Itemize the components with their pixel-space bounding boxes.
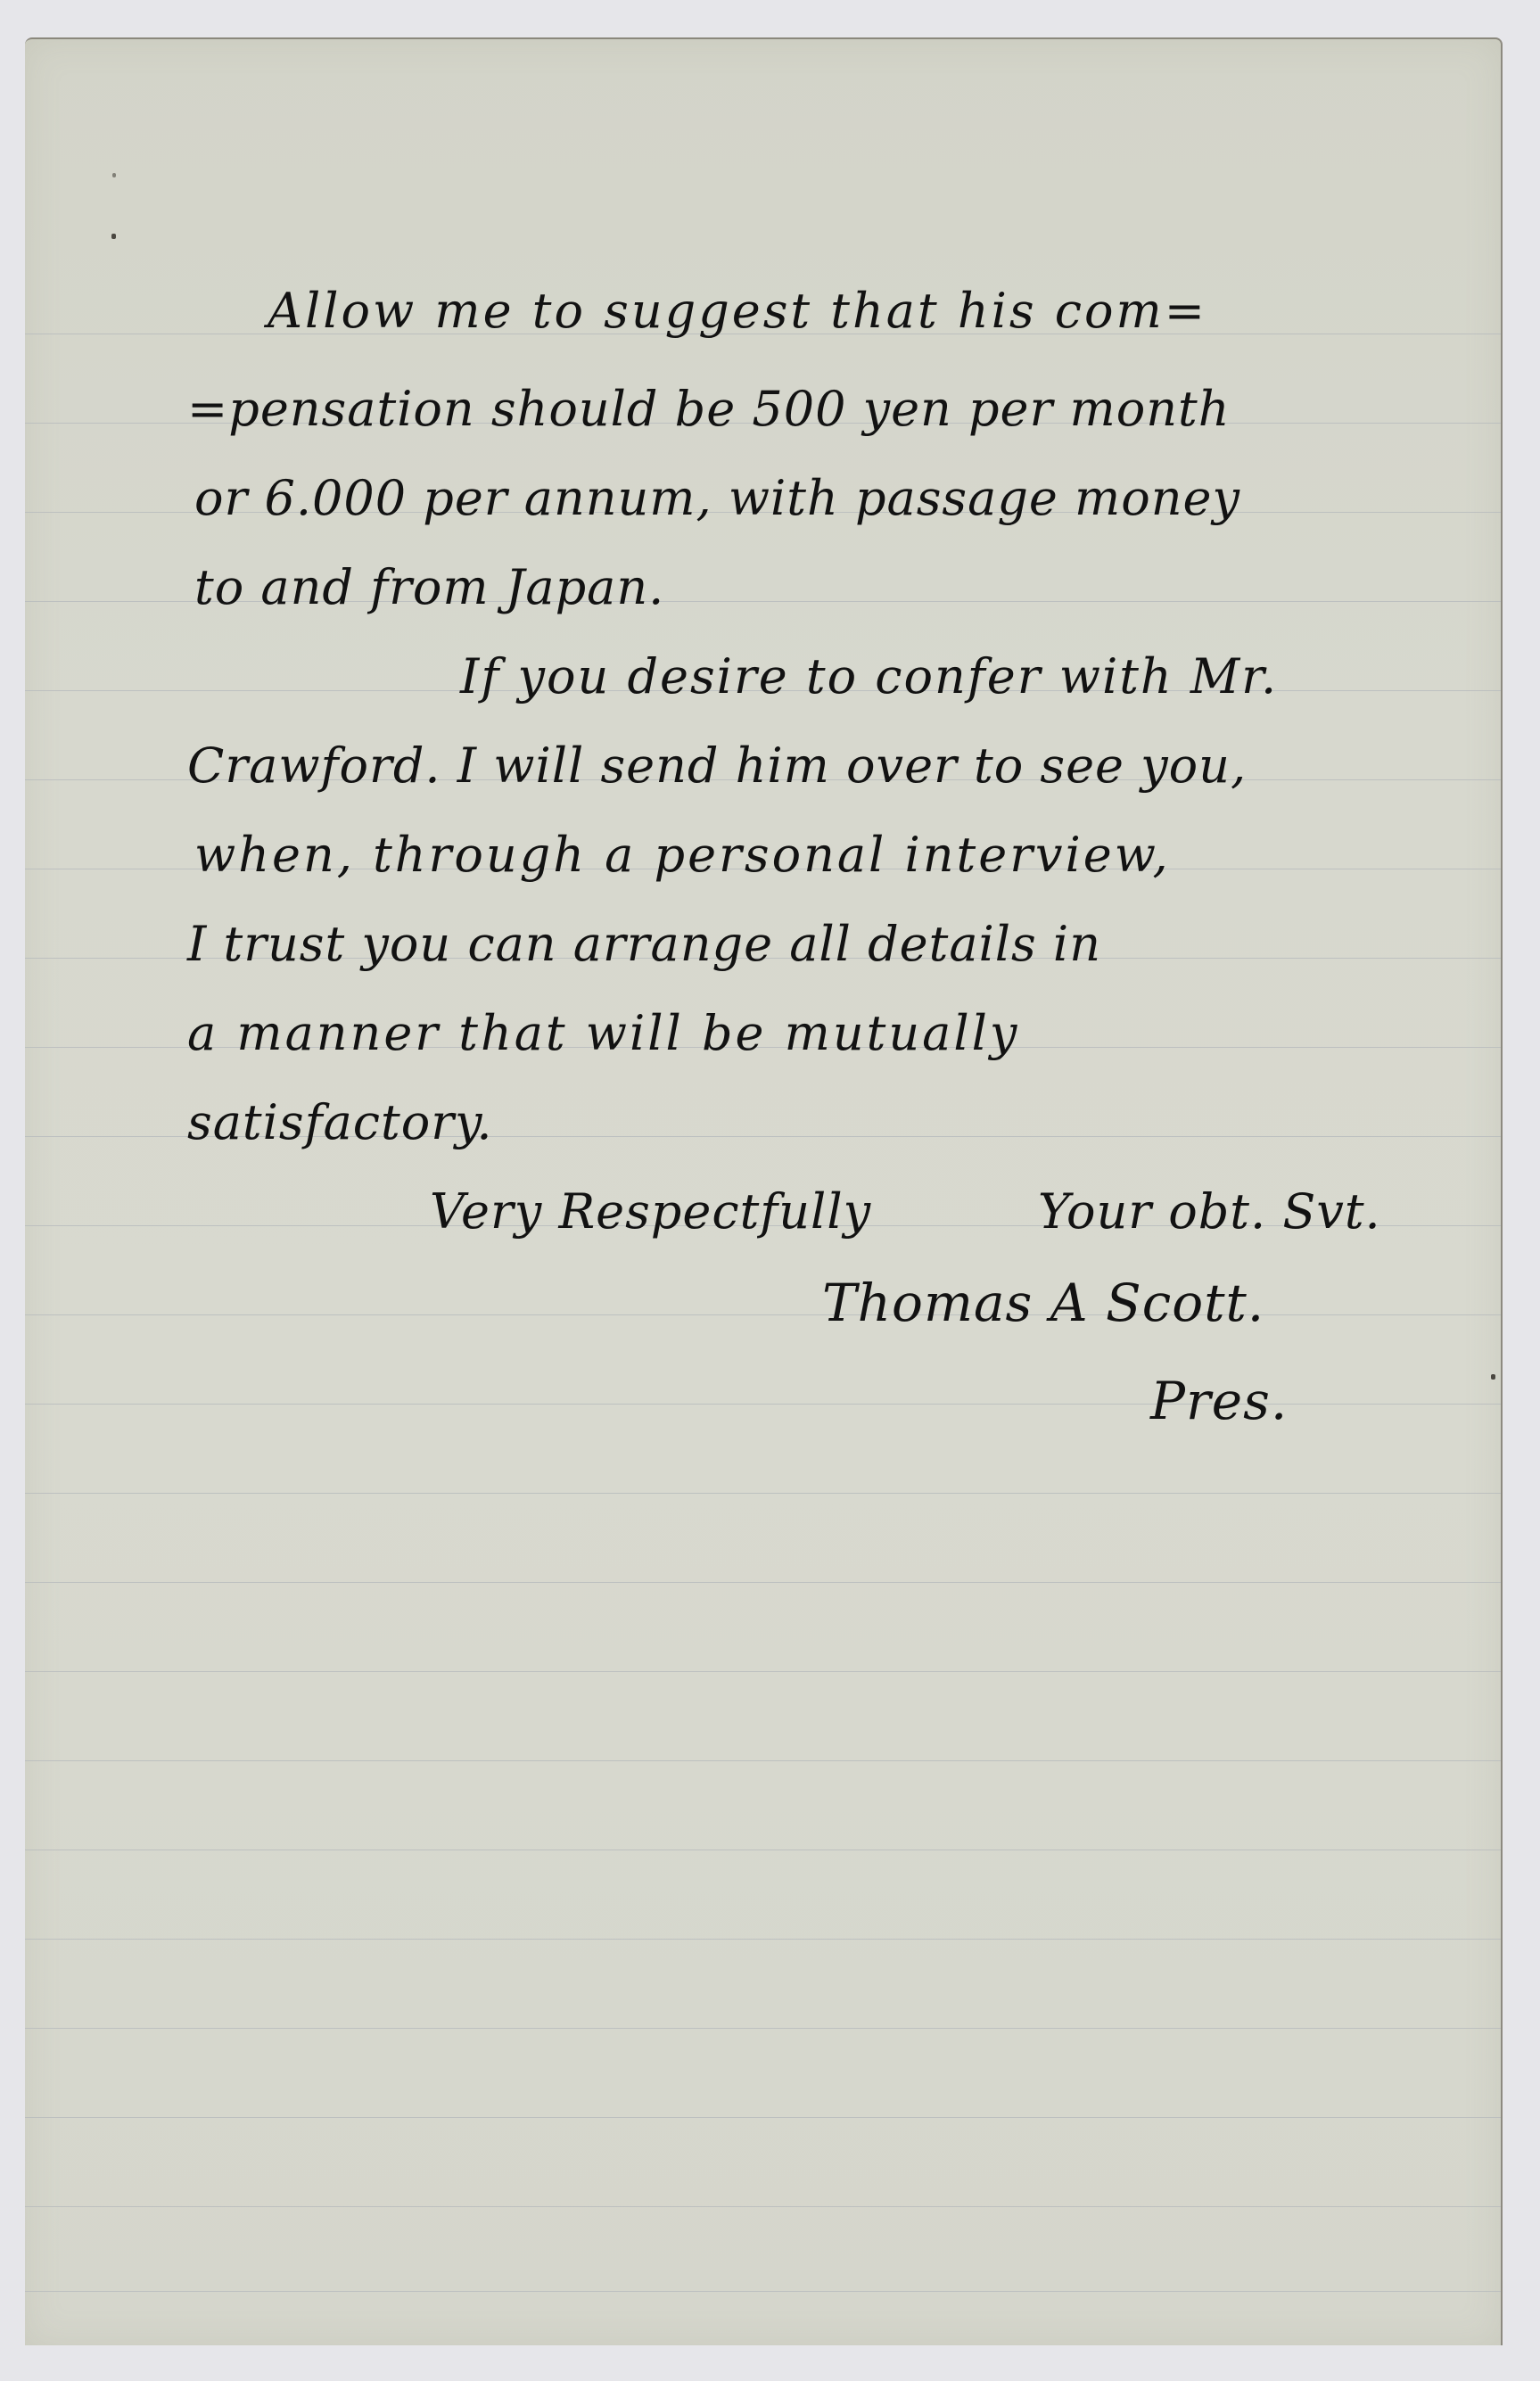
ruled-line: [25, 1850, 1501, 1850]
complimentary-close: Very Respectfully: [430, 1188, 871, 1236]
letter-page: Allow me to suggest that his com= =pensa…: [25, 37, 1503, 2345]
letter-line: satisfactory.: [187, 1099, 493, 1147]
ink-speck: [112, 173, 116, 177]
signature-title: Pres.: [1150, 1375, 1288, 1427]
ruled-line: [25, 2291, 1501, 2292]
letter-line: Allow me to suggest that his com=: [268, 287, 1207, 335]
ruled-line: [25, 1314, 1501, 1315]
ruled-line: [25, 2206, 1501, 2207]
letter-line: If you desire to confer with Mr.: [460, 653, 1278, 701]
letter-line: to and from Japan.: [194, 564, 664, 612]
letter-line: =pensation should be 500 yen per month: [187, 385, 1230, 433]
letter-line: when, through a personal interview,: [194, 831, 1171, 879]
ruled-line: [25, 1939, 1501, 1940]
letter-line: Crawford. I will send him over to see yo…: [187, 742, 1247, 790]
ruled-line: [25, 2028, 1501, 2029]
ink-speck: [111, 234, 116, 239]
ruled-line: [25, 1582, 1501, 1583]
ruled-line: [25, 2117, 1501, 2118]
ruled-line: [25, 1493, 1501, 1494]
letter-line: I trust you can arrange all details in: [187, 920, 1101, 968]
signature: Thomas A Scott.: [822, 1277, 1264, 1329]
letter-line: a manner that will be mutually: [187, 1009, 1019, 1058]
ruled-line: [25, 1760, 1501, 1761]
letter-line: or 6.000 per annum, with passage money: [194, 474, 1240, 523]
servant-line: Your obt. Svt.: [1038, 1188, 1381, 1236]
ruled-line: [25, 1671, 1501, 1672]
ink-speck: [1491, 1374, 1495, 1380]
